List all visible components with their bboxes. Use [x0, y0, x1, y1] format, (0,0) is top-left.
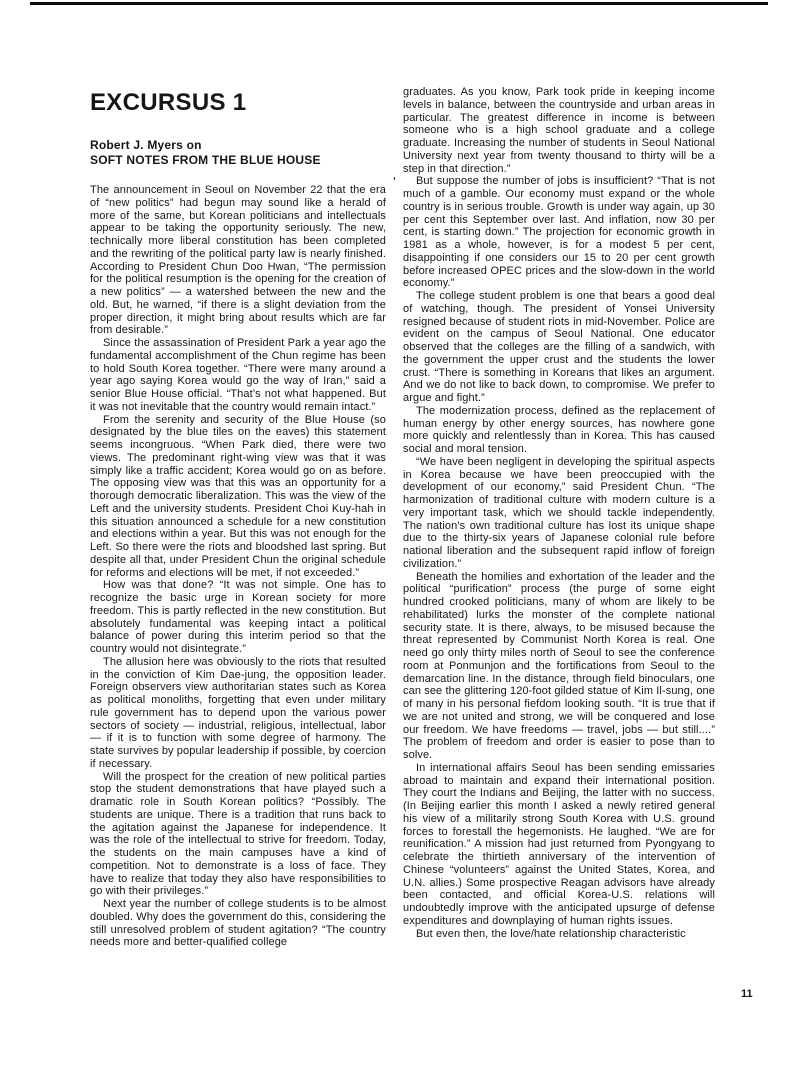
- paragraph: How was that done? “It was not simple. O…: [90, 579, 386, 656]
- paragraph: Beneath the homilies and exhortation of …: [403, 571, 715, 762]
- paragraph: But suppose the number of jobs is insuff…: [403, 175, 715, 290]
- paragraph: Since the assassination of President Par…: [90, 337, 386, 414]
- paragraph: graduates. As you know, Park took pride …: [403, 86, 715, 175]
- right-column: graduates. As you know, Park took pride …: [403, 86, 715, 940]
- paragraph: In international affairs Seoul has been …: [403, 762, 715, 928]
- paragraph: The modernization process, defined as th…: [403, 405, 715, 456]
- article-title: SOFT NOTES FROM THE BLUE HOUSE: [90, 153, 386, 168]
- paragraph: “We have been negligent in developing th…: [403, 456, 715, 571]
- paragraph: But even then, the love/hate relationshi…: [403, 928, 715, 941]
- paragraph: The announcement in Seoul on November 22…: [90, 184, 386, 337]
- print-artifact-mark: ʼ: [393, 176, 396, 187]
- byline-author: Robert J. Myers on: [90, 138, 386, 153]
- section-title: EXCURSUS 1: [90, 90, 386, 116]
- left-column: EXCURSUS 1 Robert J. Myers on SOFT NOTES…: [90, 90, 386, 949]
- page-number: 11: [741, 988, 753, 1000]
- paragraph: Will the prospect for the creation of ne…: [90, 771, 386, 899]
- magazine-page: EXCURSUS 1 Robert J. Myers on SOFT NOTES…: [0, 0, 800, 1083]
- byline: Robert J. Myers on SOFT NOTES FROM THE B…: [90, 138, 386, 167]
- paragraph: Next year the number of college students…: [90, 898, 386, 949]
- paragraph: From the serenity and security of the Bl…: [90, 414, 386, 580]
- page-top-rule: [30, 2, 768, 5]
- paragraph: The college student problem is one that …: [403, 290, 715, 405]
- paragraph: The allusion here was obviously to the r…: [90, 656, 386, 771]
